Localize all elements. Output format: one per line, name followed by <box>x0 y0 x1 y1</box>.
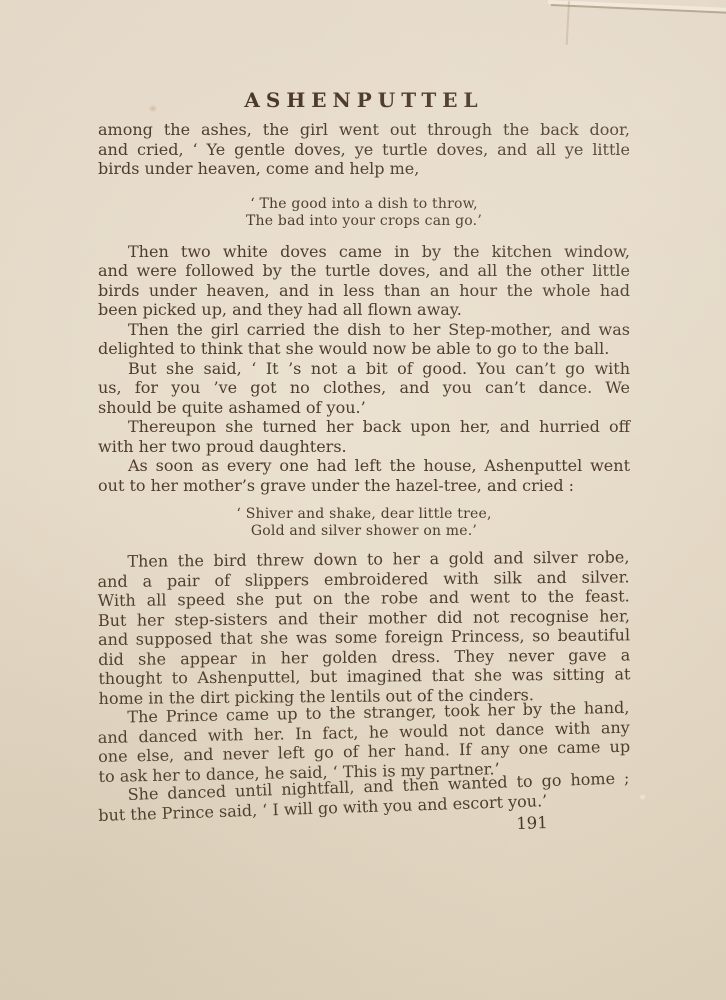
paragraph: But she said, ‘ It ’s not a bit of good.… <box>98 359 630 418</box>
text-line: and cried, ‘ Ye gentle doves, ye turtle … <box>98 140 630 160</box>
verse-line: ‘ Shiver and shake, dear little tree, <box>98 506 630 523</box>
paragraph: Then the girl carried the dish to her St… <box>98 320 630 359</box>
text-line: birds under heaven, come and help me, <box>98 159 630 179</box>
text-line: But she said, ‘ It ’s not a bit of good.… <box>98 359 630 379</box>
verse-line: ‘ The good into a dish to throw, <box>98 196 630 213</box>
text-line: with her two proud daughters. <box>98 437 630 457</box>
text-line: Thereupon she turned her back upon her, … <box>98 417 630 437</box>
text-line: As soon as every one had left the house,… <box>98 456 630 476</box>
text-line: out to her mother’s grave under the haze… <box>98 476 630 496</box>
paper-speck <box>640 795 645 799</box>
text-line: been picked up, and they had all flown a… <box>98 300 630 320</box>
text-line: birds under heaven, and in less than an … <box>98 281 630 301</box>
verse-quote: ‘ The good into a dish to throw, The bad… <box>98 196 630 230</box>
page-title: ASHENPUTTEL <box>98 88 630 112</box>
text-line: among the ashes, the girl went out throu… <box>98 120 630 140</box>
verse-line: Gold and silver shower on me.’ <box>98 523 630 540</box>
text-line: delighted to think that she would now be… <box>98 339 630 359</box>
paragraph: As soon as every one had left the house,… <box>98 456 630 495</box>
book-page: ASHENPUTTEL among the ashes, the girl we… <box>0 0 726 1000</box>
text-line: Then two white doves came in by the kitc… <box>98 242 630 262</box>
body-text: among the ashes, the girl went out throu… <box>98 120 630 848</box>
verse-quote: ‘ Shiver and shake, dear little tree, Go… <box>98 506 630 540</box>
verse-line: The bad into your crops can go.’ <box>98 213 630 230</box>
paragraph: Then the bird threw down to her a gold a… <box>97 547 630 708</box>
paragraph: Then two white doves came in by the kitc… <box>98 242 630 320</box>
paragraph: Thereupon she turned her back upon her, … <box>98 417 630 456</box>
text-column: ASHENPUTTEL among the ashes, the girl we… <box>98 0 630 848</box>
text-line: should be quite ashamed of you.’ <box>98 398 630 418</box>
text-line: Then the girl carried the dish to her St… <box>98 320 630 340</box>
text-line: and were followed by the turtle doves, a… <box>98 261 630 281</box>
text-line: us, for you ’ve got no clothes, and you … <box>98 378 630 398</box>
paragraph: among the ashes, the girl went out throu… <box>98 120 630 179</box>
